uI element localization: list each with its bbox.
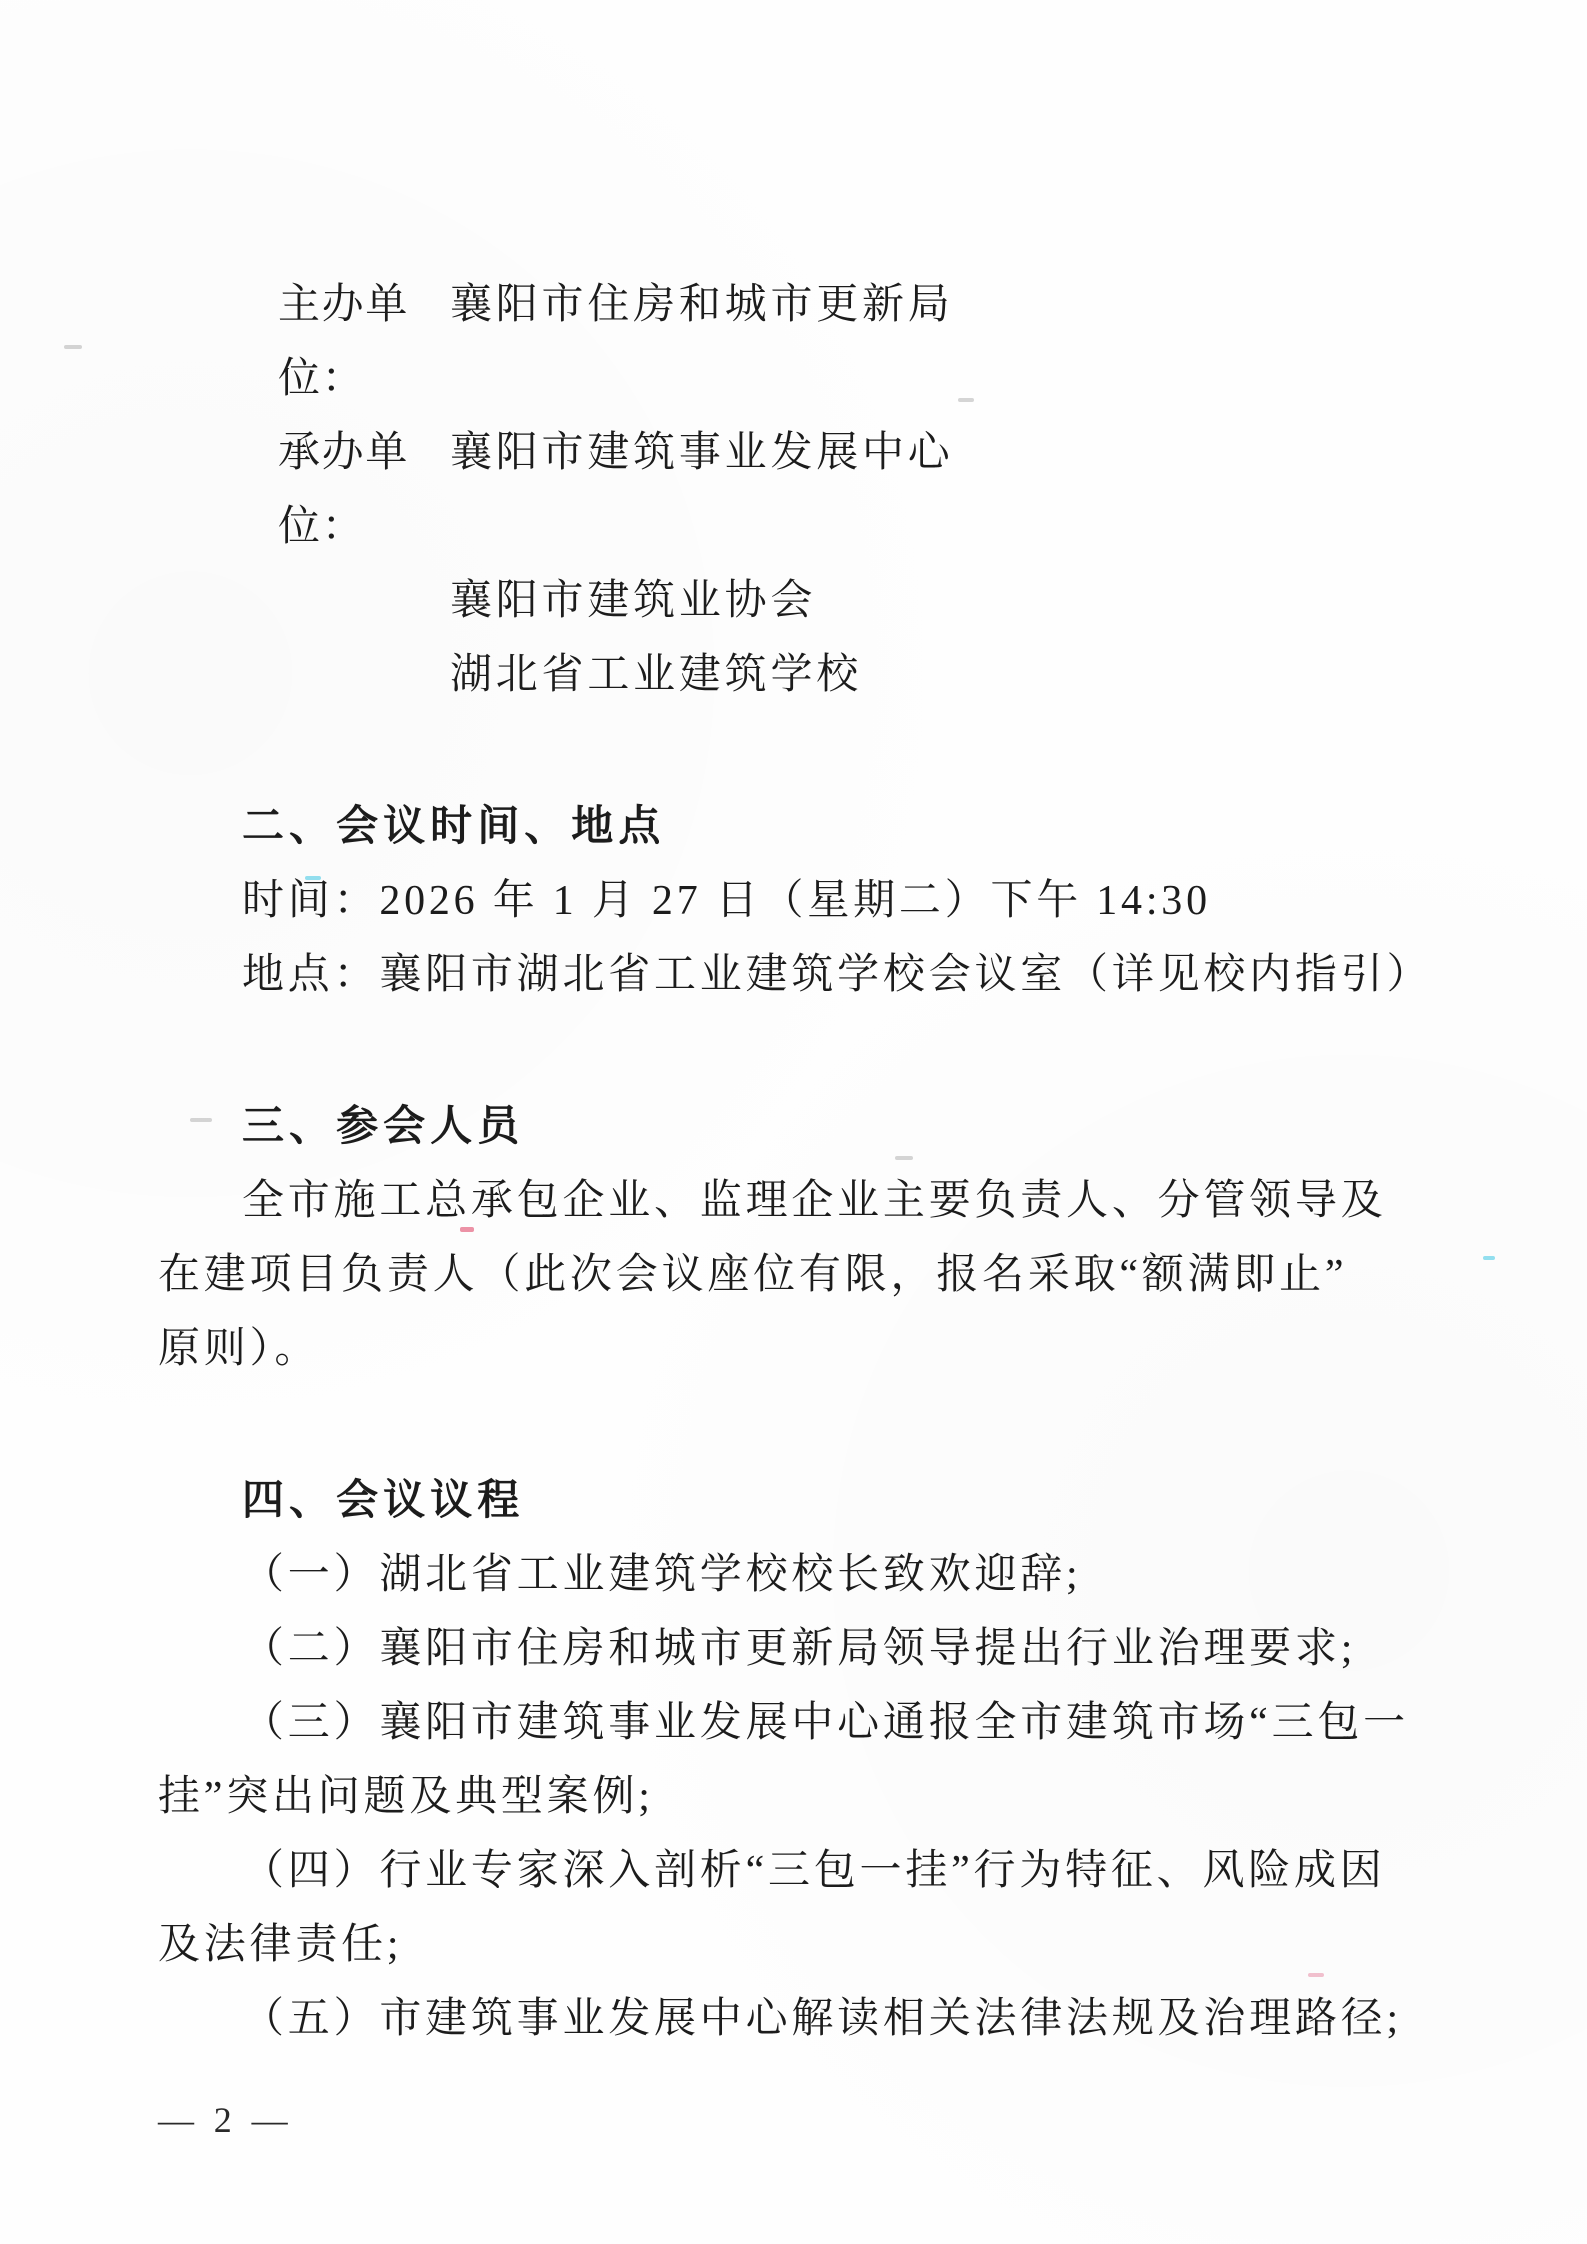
- agenda-item-1: （一）湖北省工业建筑学校校长致欢迎辞;: [158, 1538, 1505, 1612]
- co-organizer-label-spacer: [278, 638, 450, 712]
- host-unit-label: 主办单位：: [278, 268, 450, 416]
- co-organizer-label: 承办单位：: [278, 416, 450, 564]
- agenda-item-2: （二）襄阳市住房和城市更新局领导提出行业治理要求;: [158, 1612, 1505, 1686]
- co-organizer-row: 承办单位： 襄阳市建筑事业发展中心: [278, 416, 1505, 564]
- agenda-item-3: （三）襄阳市建筑事业发展中心通报全市建筑市场“三包一 挂”突出问题及典型案例;: [158, 1686, 1505, 1834]
- co-organizer-value-3: 湖北省工业建筑学校: [450, 638, 1505, 712]
- scan-smudge: [64, 345, 82, 349]
- section-heading-time-place: 二、会议时间、地点: [158, 790, 1505, 864]
- co-organizer-row: 湖北省工业建筑学校: [278, 638, 1505, 712]
- attendees-paragraph: 全市施工总承包企业、监理企业主要负责人、分管领导及 在建项目负责人（此次会议座位…: [158, 1164, 1505, 1386]
- host-unit-value: 襄阳市住房和城市更新局: [450, 268, 1505, 416]
- agenda-item-5: （五）市建筑事业发展中心解读相关法律法规及治理路径;: [158, 1982, 1505, 2056]
- document-page: 主办单位： 襄阳市住房和城市更新局 承办单位： 襄阳市建筑事业发展中心 襄阳市建…: [0, 0, 1587, 2244]
- section-heading-attendees: 三、参会人员: [158, 1090, 1505, 1164]
- co-organizer-label-spacer: [278, 564, 450, 638]
- agenda-item-4: （四）行业专家深入剖析“三包一挂”行为特征、风险成因 及法律责任;: [158, 1834, 1505, 1982]
- organizer-block: 主办单位： 襄阳市住房和城市更新局 承办单位： 襄阳市建筑事业发展中心 襄阳市建…: [278, 268, 1505, 712]
- page-number: — 2 —: [158, 2098, 293, 2142]
- co-organizer-row: 襄阳市建筑业协会: [278, 564, 1505, 638]
- co-organizer-value-2: 襄阳市建筑业协会: [450, 564, 1505, 638]
- co-organizer-value-1: 襄阳市建筑事业发展中心: [450, 416, 1505, 564]
- meeting-place-line: 地点：襄阳市湖北省工业建筑学校会议室（详见校内指引）: [158, 938, 1505, 1012]
- meeting-time-line: 时间：2026 年 1 月 27 日（星期二）下午 14:30: [158, 864, 1505, 938]
- section-heading-agenda: 四、会议议程: [158, 1464, 1505, 1538]
- host-unit-row: 主办单位： 襄阳市住房和城市更新局: [278, 268, 1505, 416]
